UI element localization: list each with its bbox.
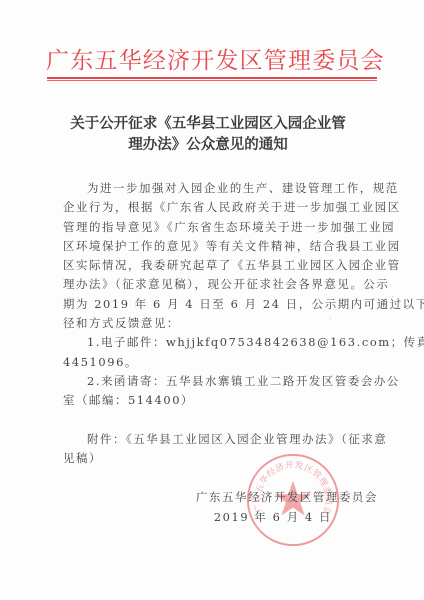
title-line-1: 关于公开征求《五华县工业园区入园企业管 <box>58 113 358 134</box>
scan-speck <box>392 296 393 297</box>
body-line: 为进一步加强对入园企业的生产、建设管理工作，规范 <box>63 179 359 198</box>
header-red-rule-secondary <box>47 80 377 81</box>
contact-email-line: 1.电子邮件：whjjkfq07534842638@163.com；传真电话： <box>63 333 359 352</box>
body-line: 期为 2019 年 6 月 4 日至 6 月 24 日，公示期内可通过以下途 <box>63 295 359 314</box>
document-body: 为进一步加强对入园企业的生产、建设管理工作，规范 企业行为，根据《广东省人民政府… <box>63 179 359 468</box>
signature-organization: 广东五华经济开发区管理委员会 <box>196 488 366 508</box>
contact-fax-line: 4451096。 <box>63 353 359 372</box>
body-line: 理办法》（征求意见稿），现公开征求社会各界意见。公示 <box>63 275 359 294</box>
document-title: 关于公开征求《五华县工业园区入园企业管 理办法》公众意见的通知 <box>58 113 358 155</box>
title-line-2: 理办法》公众意见的通知 <box>58 134 358 155</box>
issuer-header: 广东五华经济开发区管理委员会 <box>46 48 380 74</box>
body-line: 区环境保护工作的意见》等有关文件精神，结合我县工业园 <box>63 237 359 256</box>
body-line: 管理的指导意见》《广东省生态环境关于进一步加强工业园 <box>63 218 359 237</box>
document-page: 广东五华经济开发区管理委员会 关于公开征求《五华县工业园区入园企业管 理办法》公… <box>0 0 424 600</box>
body-line: 区实际情况，我委研究起草了《五华县工业园区入园企业管 <box>63 256 359 275</box>
body-line: 企业行为，根据《广东省人民政府关于进一步加强工业园区 <box>63 198 359 217</box>
paragraph-gap <box>63 411 359 430</box>
body-line: 径和方式反馈意见： <box>63 314 359 333</box>
mail-address-line: 2.来函请寄：五华县水寨镇工业二路开发区管委会办公 <box>63 372 359 391</box>
scan-speck <box>348 265 349 266</box>
mail-postcode-line: 室（邮编：514400） <box>63 391 359 410</box>
attachment-line: 附件：《五华县工业园区入园企业管理办法》（征求意 <box>63 430 359 449</box>
signature-block: 广东五华经济开发区管理委员会 2019 年 6 月 4 日 <box>196 488 366 527</box>
signature-date: 2019 年 6 月 4 日 <box>196 508 366 528</box>
scan-speck <box>330 318 331 319</box>
header-red-rule <box>47 77 377 79</box>
